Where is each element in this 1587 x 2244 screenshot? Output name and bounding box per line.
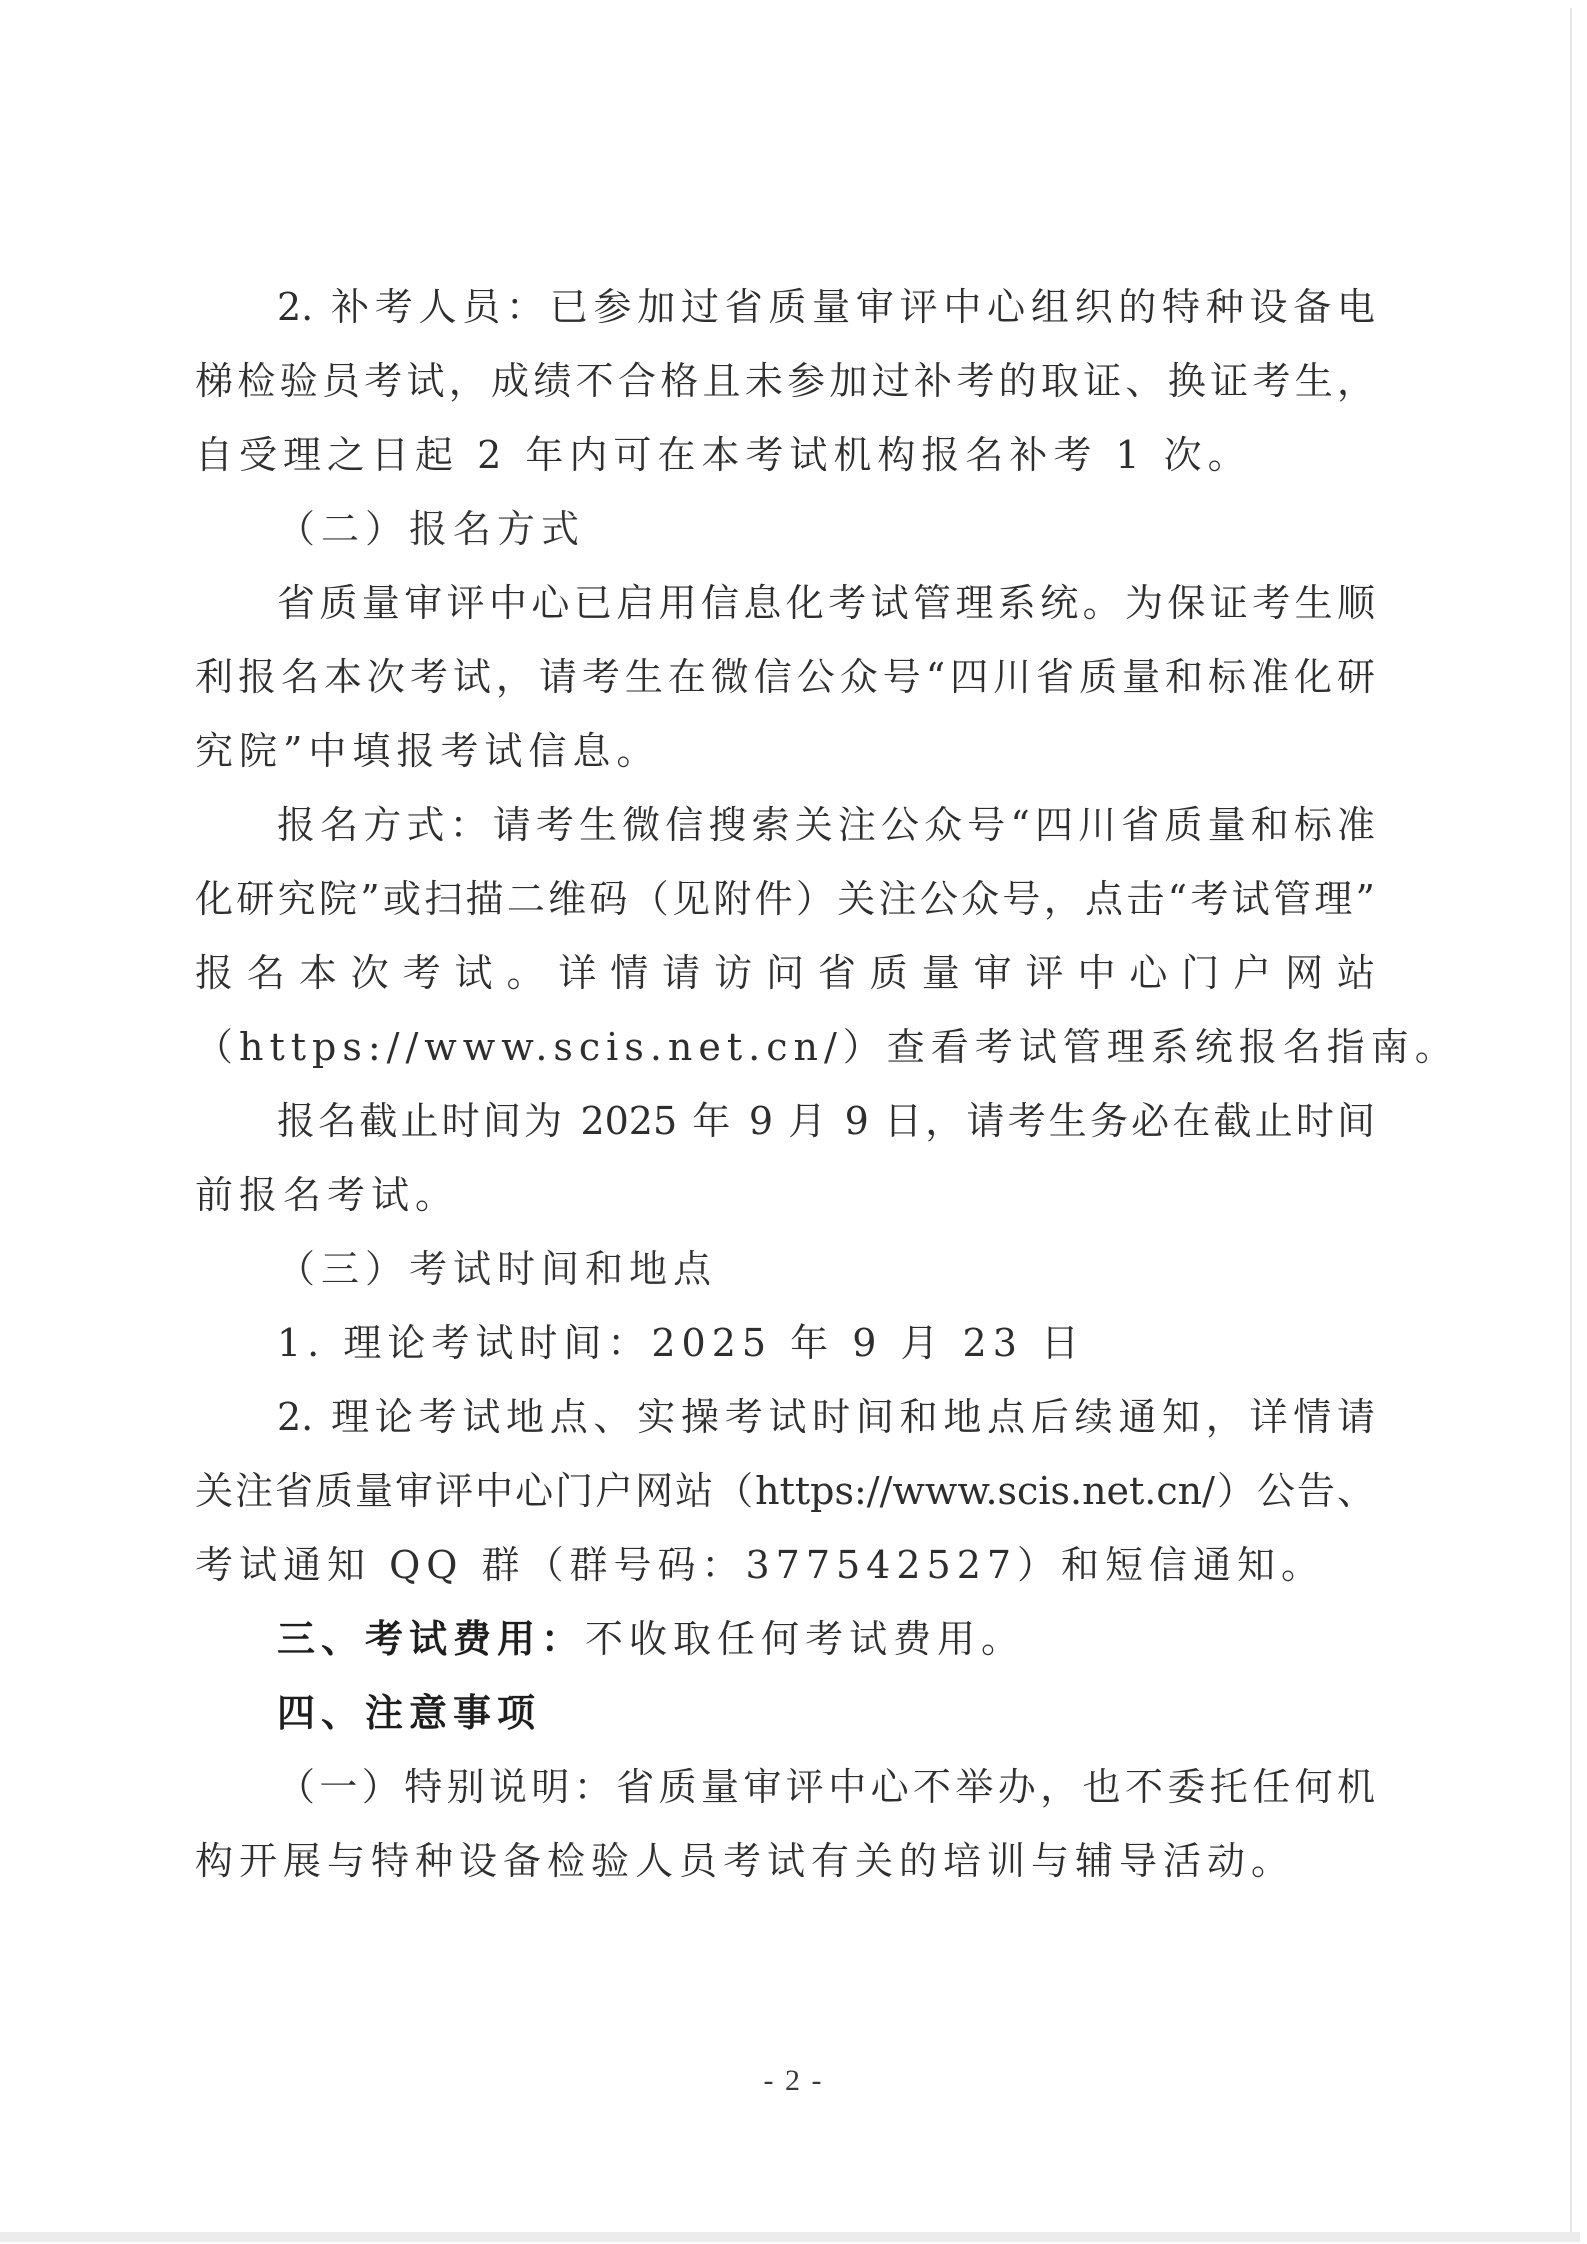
section-subheading-registration-method: （二）报名方式 — [195, 492, 1375, 566]
paragraph-line: 省质量审评中心已启用信息化考试管理系统。为保证考生顺 — [195, 566, 1375, 640]
section-heading-notes: 四、注意事项 — [277, 1691, 541, 1735]
scan-edge-right — [1570, 8, 1572, 2233]
exam-fee-text: 不收取任何考试费用。 — [585, 1617, 1025, 1661]
paragraph-line: 利报名本次考试，请考生在微信公众号“四川省质量和标准化研 — [195, 640, 1375, 714]
body-text: 2. 补考人员：已参加过省质量审评中心组织的特种设备电 梯检验员考试，成绩不合格… — [195, 270, 1375, 1898]
page-number: - 2 - — [0, 2064, 1587, 2098]
paragraph-line-website: （https://www.scis.net.cn/）查看考试管理系统报名指南。 — [195, 1010, 1375, 1084]
paragraph-line: 化研究院”或扫描二维码（见附件）关注公众号，点击“考试管理” — [195, 862, 1375, 936]
document-page: 2. 补考人员：已参加过省质量审评中心组织的特种设备电 梯检验员考试，成绩不合格… — [0, 0, 1587, 2244]
scan-edge-bottom — [0, 2232, 1580, 2242]
paragraph-line-special-note: （一）特别说明：省质量审评中心不举办，也不委托任何机 — [195, 1750, 1375, 1824]
paragraph-line: 究院”中填报考试信息。 — [195, 714, 1375, 788]
paragraph-line: 前报名考试。 — [195, 1158, 1375, 1232]
paragraph-line: 报名方式：请考生微信搜索关注公众号“四川省质量和标准 — [195, 788, 1375, 862]
paragraph-line: 自受理之日起 2 年内可在本考试机构报名补考 1 次。 — [195, 418, 1375, 492]
paragraph-line: 2. 补考人员：已参加过省质量审评中心组织的特种设备电 — [195, 270, 1375, 344]
paragraph-line: 2. 理论考试地点、实操考试时间和地点后续通知，详情请 — [195, 1380, 1375, 1454]
paragraph-line: 构开展与特种设备检验人员考试有关的培训与辅导活动。 — [195, 1824, 1375, 1898]
section-notes: 四、注意事项 — [195, 1676, 1375, 1750]
paragraph-line-deadline: 报名截止时间为 2025 年 9 月 9 日，请考生务必在截止时间 — [195, 1084, 1375, 1158]
section-exam-fee: 三、考试费用：不收取任何考试费用。 — [195, 1602, 1375, 1676]
paragraph-line: 梯检验员考试，成绩不合格且未参加过补考的取证、换证考生， — [195, 344, 1375, 418]
section-subheading-exam-time-place: （三）考试时间和地点 — [195, 1232, 1375, 1306]
paragraph-line-qq-group: 考试通知 QQ 群（群号码：377542527）和短信通知。 — [195, 1528, 1375, 1602]
paragraph-line-theory-exam-date: 1. 理论考试时间：2025 年 9 月 23 日 — [195, 1306, 1375, 1380]
section-heading-exam-fee: 三、考试费用： — [277, 1617, 585, 1661]
paragraph-line: 报名本次考试。详情请访问省质量审评中心门户网站 — [195, 936, 1375, 1010]
paragraph-line-website: 关注省质量审评中心门户网站（https://www.scis.net.cn/）公… — [195, 1454, 1375, 1528]
